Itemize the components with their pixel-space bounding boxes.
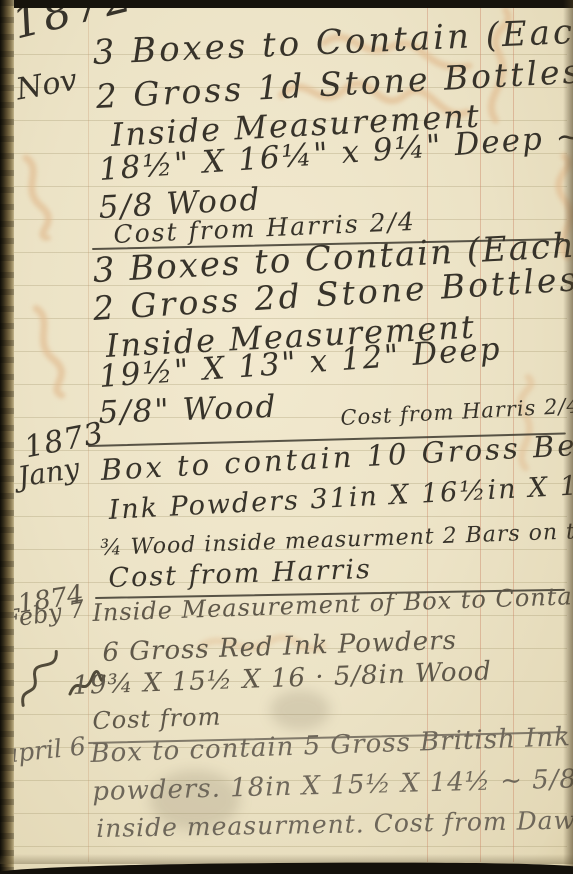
book-binding-texture: [0, 0, 14, 874]
page-right-shadow: [563, 0, 573, 874]
handwriting-line: 5/8" Wood: [98, 392, 278, 429]
handwriting-line: Cost from: [92, 704, 222, 732]
page-top-edge: [0, 0, 573, 8]
stain: [270, 690, 330, 730]
ledger-page: 1872 Nov 3 Boxes to Contain (Each) 2 Gro…: [0, 0, 573, 874]
